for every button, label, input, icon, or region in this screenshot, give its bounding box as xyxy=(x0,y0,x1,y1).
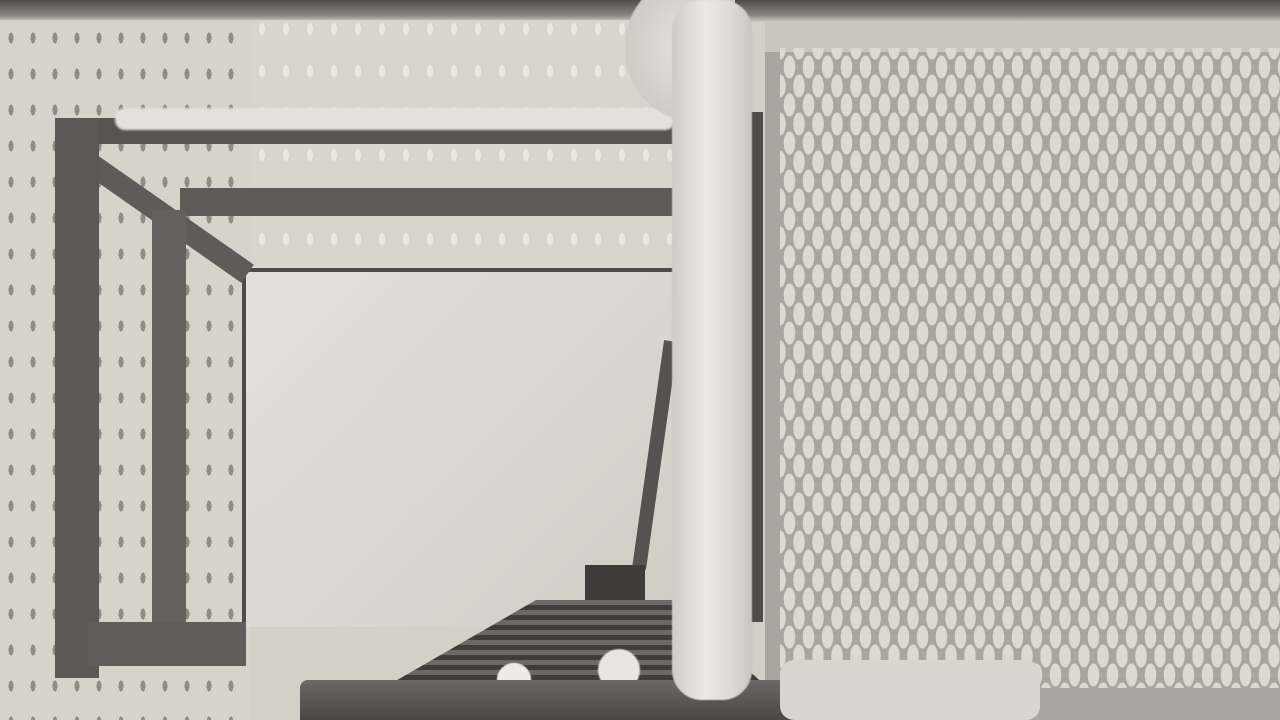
frosted-cable xyxy=(672,0,752,700)
frame-bar-left-inner xyxy=(152,210,186,630)
frame-bar-left-outer xyxy=(55,118,99,678)
machine-cap xyxy=(585,565,645,605)
frosted-bracket xyxy=(780,660,1040,720)
panel-right-holes xyxy=(780,48,1280,688)
frame-bar-bottom xyxy=(88,622,246,666)
perforated-panel-top xyxy=(250,20,680,270)
frost-on-top-bar xyxy=(115,108,675,130)
photo-scene: Frost-covered metal frame and perforated… xyxy=(0,0,1280,720)
frame-bar-top-inner xyxy=(180,188,680,216)
